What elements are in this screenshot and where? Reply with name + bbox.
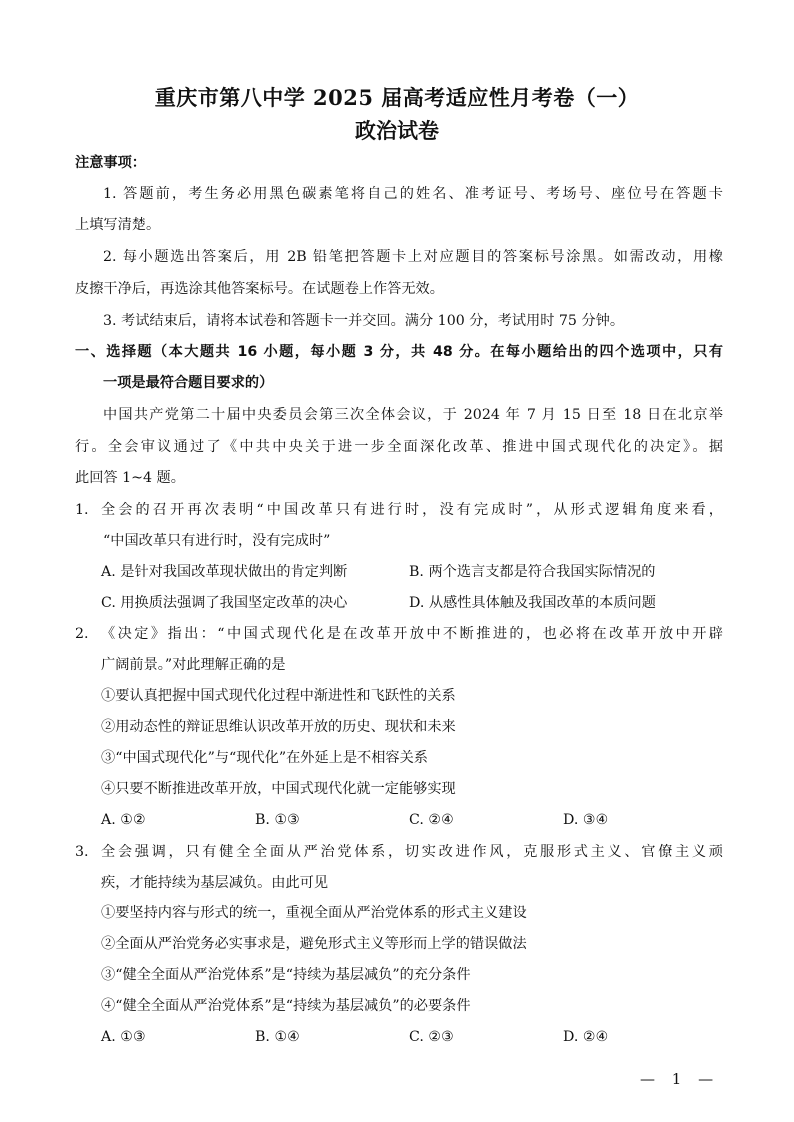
question-1-number: 1. — [75, 500, 89, 520]
question-3-statement-2: ②全面从严治党务必实事求是，避免形式主义等形而上学的错误做法 — [101, 934, 527, 954]
notice-heading: 注意事项： — [75, 153, 146, 173]
notice-item-2-line2: 皮擦干净后，再选涂其他答案标号。在试题卷上作答无效。 — [75, 279, 444, 299]
question-3-statement-1: ①要坚持内容与形式的统一，重视全面从严治党体系的形式主义建设 — [101, 903, 527, 923]
question-2-statement-2: ②用动态性的辩证思维认识改革开放的历史、现状和未来 — [101, 717, 456, 737]
question-2-stem-line1: 《决定》指出：“中国式现代化是在改革开放中不断推进的，也必将在改革开放中开辟 — [101, 624, 723, 644]
question-2-statement-4: ④只要不断推进改革开放，中国式现代化就一定能够实现 — [101, 779, 456, 799]
notice-item-1-line2: 上填写清楚。 — [75, 215, 160, 235]
question-2-stem-line2: 广阔前景。”对此理解正确的是 — [101, 655, 286, 675]
question-3-statement-3: ③“健全全面从严治党体系”是“持续为基层减负”的充分条件 — [101, 965, 471, 985]
question-1-option-d[interactable]: D. 从感性具体触及我国改革的本质问题 — [409, 593, 656, 613]
question-2-option-b[interactable]: B. ①③ — [255, 810, 300, 830]
exam-subtitle: 政治试卷 — [0, 115, 794, 145]
section-heading-line1: 一、选择题（本大题共 16 小题，每小题 3 分，共 48 分。在每小题给出的四… — [75, 342, 723, 362]
question-2-option-a[interactable]: A. ①② — [101, 810, 146, 830]
question-2-option-d[interactable]: D. ③④ — [563, 810, 608, 830]
question-1-option-c[interactable]: C. 用换质法强调了我国坚定改革的决心 — [101, 593, 347, 613]
question-3-option-d[interactable]: D. ②④ — [563, 1027, 608, 1047]
question-3-option-b[interactable]: B. ①④ — [255, 1027, 300, 1047]
question-2-number: 2. — [75, 624, 89, 644]
notice-item-1-line1: 1. 答题前，考生务必用黑色碳素笔将自己的姓名、准考证号、考场号、座位号在答题卡 — [103, 184, 723, 204]
section-heading-line2: 一项是最符合题目要求的） — [103, 373, 273, 393]
question-2-statement-3: ③“中国式现代化”与“现代化”在外延上是不相容关系 — [101, 748, 428, 768]
question-3-statement-4: ④“健全全面从严治党体系”是“持续为基层减负”的必要条件 — [101, 996, 471, 1016]
question-3-option-c[interactable]: C. ②③ — [409, 1027, 454, 1047]
exam-page: 重庆市第八中学 2025 届高考适应性月考卷（一） 政治试卷 注意事项： 1. … — [0, 0, 794, 1122]
question-3-option-a[interactable]: A. ①③ — [101, 1027, 146, 1047]
page-number: — 1 — — [640, 1070, 719, 1088]
material-line1: 中国共产党第二十届中央委员会第三次全体会议，于 2024 年 7 月 15 日至… — [103, 405, 723, 425]
question-1-stem-line2: “中国改革只有进行时，没有完成时” — [103, 531, 330, 551]
notice-item-2-line1: 2. 每小题选出答案后，用 2B 铅笔把答题卡上对应题目的答案标号涂黑。如需改动… — [103, 247, 723, 267]
question-1-option-a[interactable]: A. 是针对我国改革现状做出的肯定判断 — [101, 562, 347, 582]
notice-item-3-line1: 3. 考试结束后，请将本试卷和答题卡一并交回。满分 100 分，考试用时 75 … — [103, 311, 624, 331]
exam-title: 重庆市第八中学 2025 届高考适应性月考卷（一） — [0, 82, 794, 112]
question-3-stem-line2: 疾，才能持续为基层减负。由此可见 — [101, 873, 328, 893]
question-2-option-c[interactable]: C. ②④ — [409, 810, 454, 830]
question-1-option-b[interactable]: B. 两个选言支都是符合我国实际情况的 — [409, 562, 655, 582]
question-3-number: 3. — [75, 842, 89, 862]
question-3-stem-line1: 全会强调，只有健全全面从严治党体系，切实改进作风，克服形式主义、官僚主义顽 — [101, 842, 723, 862]
question-2-statement-1: ①要认真把握中国式现代化过程中渐进性和飞跃性的关系 — [101, 686, 456, 706]
material-line2: 行。全会审议通过了《中共中央关于进一步全面深化改革、推进中国式现代化的决定》。据 — [75, 437, 723, 457]
material-line3: 此回答 1~4 题。 — [75, 468, 185, 488]
question-1-stem-line1: 全会的召开再次表明“中国改革只有进行时，没有完成时”，从形式逻辑角度来看， — [101, 500, 723, 520]
